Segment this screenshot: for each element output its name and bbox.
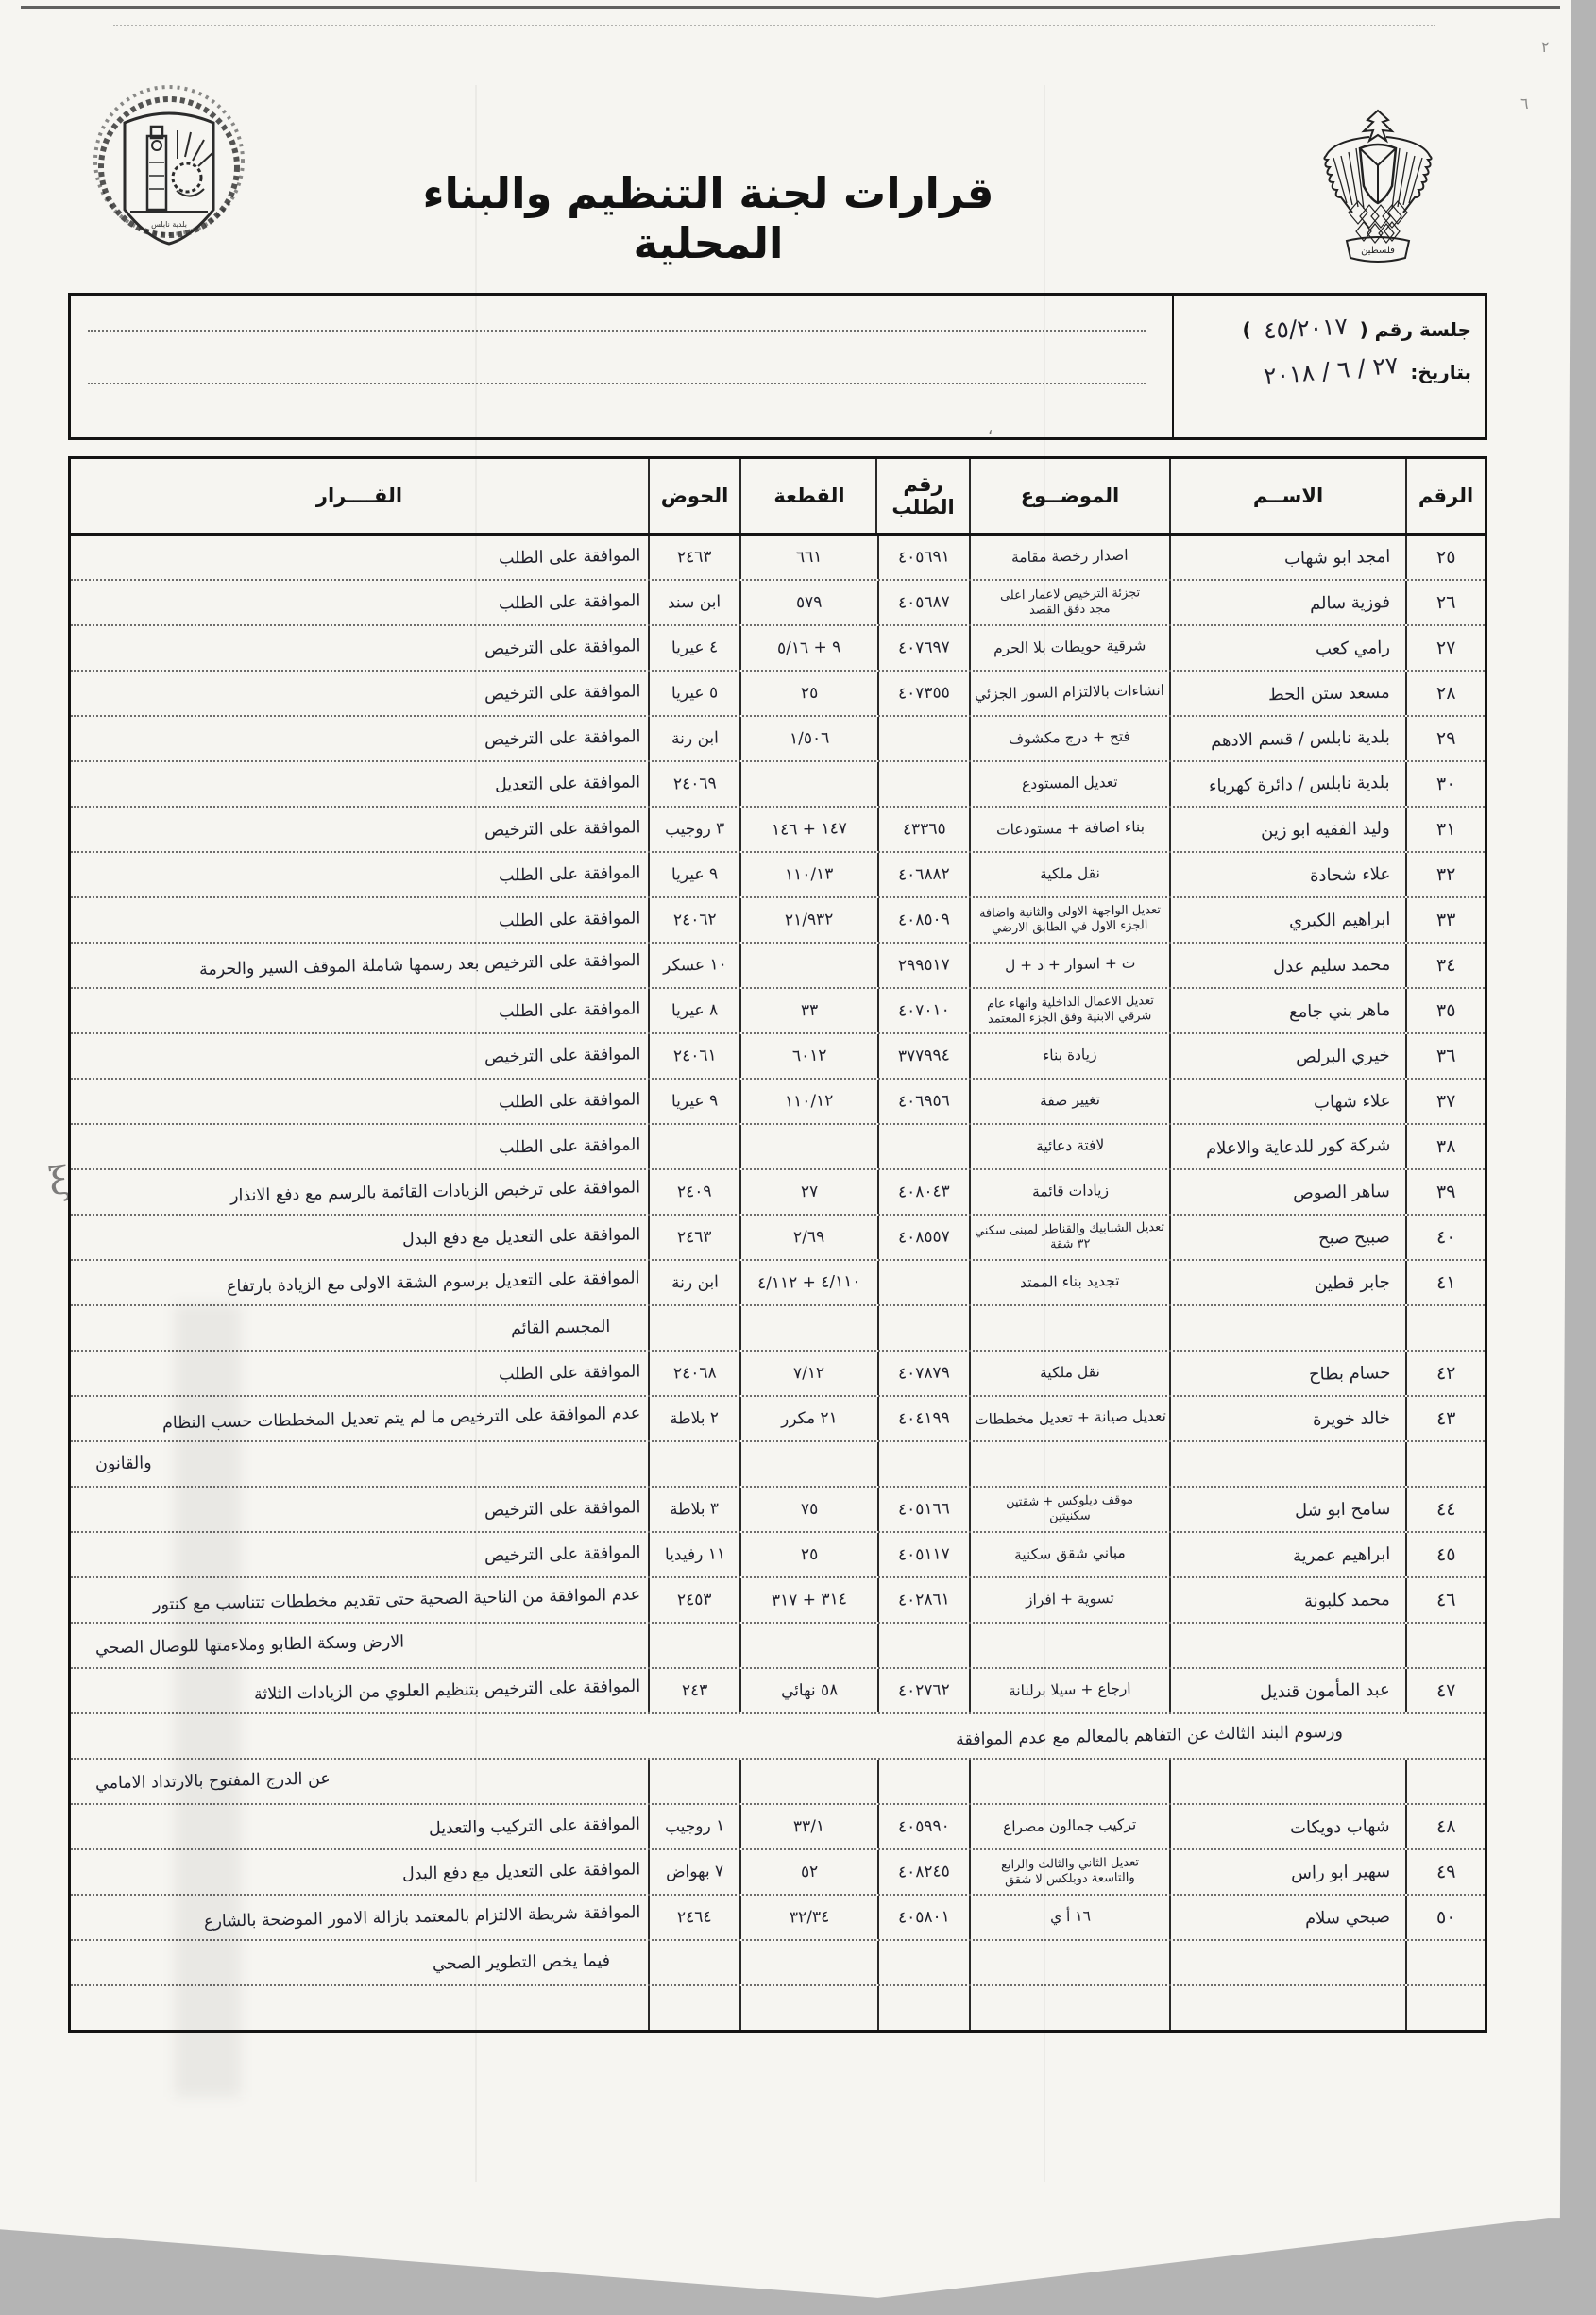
handwritten-text: امجد ابو شهاب [1284, 546, 1391, 568]
handwritten-text: ٢٤٠٦٩ [672, 775, 716, 794]
handwritten-text: الموافقة على الترخيص بعد رسمها شاملة الم… [198, 951, 640, 979]
handwritten-text: زيادات قائمة [1031, 1182, 1108, 1201]
handwritten-text: ٤٠٧٠١٠ [898, 1000, 950, 1020]
table-row: ٥٠صبحي سلام١٦ أ ي٤٠٥٨٠١٣٢/٣٤٢٤٦٤الموافقة… [71, 1896, 1485, 1941]
cell-row-number: ٤٦ [1405, 1578, 1485, 1622]
cell-basin [648, 1306, 739, 1350]
handwritten-text: ٣٧ [1436, 1091, 1456, 1112]
cell-plot: ٦٦١ [739, 536, 877, 579]
cell-request-no: ٤٠٤١٩٩ [877, 1397, 969, 1440]
cell-plot: ١١٠/١٣ [739, 853, 877, 896]
handwritten-text: الجزء الاول في الطابق الارضي [992, 918, 1148, 937]
handwritten-text: ٤٩ [1436, 1862, 1456, 1882]
cell-subject: تسوية + افراز [969, 1578, 1169, 1622]
session-number-value: ٤٥/٢٠١٧ [1263, 313, 1348, 345]
table-row: ٤٣خالد خويرةتعديل صيانة + تعديل مخططات٤٠… [71, 1397, 1485, 1442]
table-row: ٣٩ساهر الصوصزيادات قائمة٤٠٨٠٤٣٢٧٢٤٠٩المو… [71, 1170, 1485, 1216]
handwritten-text: تجديد بناء الممتد [1020, 1272, 1120, 1293]
handwritten-text: ٤١ [1436, 1272, 1456, 1293]
handwritten-text: ١ روجيب [665, 1816, 725, 1836]
table-row: ٤٢حسام بطاحنقل ملكية٤٠٧٨٧٩٧/١٢٢٤٠٦٨الموا… [71, 1352, 1485, 1397]
cell-request-no: ٤٠٨٠٤٣ [877, 1170, 969, 1214]
session-dotted-line [88, 330, 1146, 332]
cell-row-number [1405, 1624, 1485, 1667]
cell-subject [969, 1306, 1169, 1350]
handwritten-text: ورسوم البند الثالث عن التفاهم بالمعالم م… [956, 1723, 1343, 1750]
cell-request-no: ٤٠٥٦٨٧ [877, 581, 969, 624]
table-row-continuation: المجسم القائم [71, 1306, 1485, 1352]
handwritten-text: ٥٨ نهائي [781, 1680, 839, 1700]
handwritten-text: ٤٠٦٩٥٦ [898, 1091, 950, 1111]
cell-decision: الموافقة على الطلب [71, 989, 648, 1032]
handwritten-text: ٢١ مكرر [781, 1408, 838, 1428]
cell-row-number [1405, 1941, 1485, 1984]
handwritten-text: ماهر بني جامع [1289, 999, 1391, 1021]
cell-decision: الموافقة على الطلب [71, 898, 648, 942]
handwritten-text: ٣٢ [1436, 864, 1456, 885]
scanner-background-right [1556, 0, 1596, 2315]
empty-cell [969, 1986, 1169, 2030]
handwritten-text: خالد خويرة [1313, 1408, 1391, 1430]
cell-row-number: ٤٤ [1405, 1488, 1485, 1531]
handwritten-text: ت + اسوار + د + ل [1005, 955, 1136, 976]
handwritten-text: خيري البرلص [1296, 1045, 1390, 1066]
handwritten-text: الموافقة على التعديل مع دفع البدل [402, 1860, 641, 1883]
table-row-continuation: والقانون [71, 1442, 1485, 1488]
cell-row-number: ٣١ [1405, 808, 1485, 851]
cell-basin: ٢٤٠٦٢ [648, 898, 739, 942]
cell-plot: ٢٧ [739, 1170, 877, 1214]
cell-request-no [877, 1261, 969, 1304]
handwritten-text: ٢٤٠٦٢ [672, 911, 716, 930]
cell-subject: ت + اسوار + د + ل [969, 944, 1169, 987]
cell-row-number: ٤٧ [1405, 1669, 1485, 1712]
handwritten-text: ٤٣ [1436, 1408, 1456, 1429]
cell-request-no [877, 717, 969, 760]
cell-plot [739, 1941, 877, 1984]
cell-plot [739, 1442, 877, 1486]
handwritten-text: رامي كعب [1316, 638, 1390, 659]
handwritten-text: الموافقة على الطلب [499, 863, 641, 885]
cell-name [1169, 1306, 1405, 1350]
cell-row-number: ٣٤ [1405, 944, 1485, 987]
cell-subject [969, 1442, 1169, 1486]
table-empty-row [71, 1986, 1485, 2030]
handwritten-text: ٤٦ [1436, 1590, 1456, 1610]
cell-name: صبيح صبح [1169, 1216, 1405, 1259]
cell-subject: تعديل صيانة + تعديل مخططات [969, 1397, 1169, 1440]
table-row: ٣٣ابراهيم الكبريتعديل الواجهة الاولى وال… [71, 898, 1485, 944]
cell-plot: ٢١/٩٣٢ [739, 898, 877, 942]
cell-plot [739, 1624, 877, 1667]
cell-decision-continuation: فيما يخص التطوير الصحي [71, 1941, 648, 1984]
handwritten-text: ٩ + ٥/١٦ [777, 638, 841, 657]
cell-basin [648, 1442, 739, 1486]
table-row: ٤٨شهاب دويكاتتركيب جمالون مصراع٤٠٥٩٩٠٣٣/… [71, 1805, 1485, 1850]
handwritten-text: ٣٥ [1436, 1000, 1456, 1021]
cell-name: صبحي سلام [1169, 1896, 1405, 1939]
handwritten-text: ٣٩ [1436, 1182, 1456, 1202]
session-dotted-line [88, 383, 1146, 384]
cell-subject: لافتة دعائية [969, 1125, 1169, 1168]
cell-name: ابراهيم الكبري [1169, 898, 1405, 942]
handwritten-text: ٤٠٥٨٠١ [898, 1907, 950, 1927]
handwritten-text: ٩ عيريا [671, 1091, 719, 1111]
handwritten-text: ٢٥ [1436, 547, 1456, 568]
cell-name: علاء شهاب [1169, 1080, 1405, 1123]
handwritten-text: ٤٠٨٥٠٩ [898, 910, 950, 929]
handwritten-text: ٤٠٦٨٨٢ [898, 864, 950, 884]
cell-basin: ٣ روجيب [648, 808, 739, 851]
handwritten-text: ٤ عيريا [671, 638, 719, 657]
cell-row-number [1405, 1306, 1485, 1350]
cell-basin: ١ روجيب [648, 1805, 739, 1848]
cell-name [1169, 1941, 1405, 1984]
cell-name: محمد سليم عدل [1169, 944, 1405, 987]
cell-decision-continuation: المجسم القائم [71, 1306, 648, 1350]
cell-name [1169, 1624, 1405, 1667]
handwritten-text: ٢٤٠٦١ [672, 1047, 716, 1066]
handwritten-text: فتح + درج مكشوف [1009, 728, 1130, 749]
cell-basin: ٩ عيريا [648, 1080, 739, 1123]
handwritten-text: ٤٠٢٧٦٢ [898, 1680, 950, 1700]
cell-request-no [877, 1624, 969, 1667]
empty-cell [739, 1986, 877, 2030]
cell-row-number: ٢٦ [1405, 581, 1485, 624]
handwritten-text: ٤٢ [1436, 1363, 1456, 1384]
table-row: ٣٤محمد سليم عدلت + اسوار + د + ل٢٩٩٥١٧١٠… [71, 944, 1485, 989]
cell-basin: ١٠ عسكر [648, 944, 739, 987]
cell-basin [648, 1941, 739, 1984]
palestine-eagle-emblem: فلسطين [1305, 99, 1452, 278]
cell-plot [739, 1760, 877, 1803]
handwritten-text: ساهر الصوص [1293, 1181, 1390, 1202]
handwritten-text: ٥٧٩ [796, 593, 823, 613]
cell-basin [648, 1760, 739, 1803]
handwritten-text: الموافقة على الطلب [499, 591, 641, 613]
cell-decision: الموافقة على الترخيص [71, 1488, 648, 1531]
session-date-line: بتاريخ: ٢٧ / ٦ / ٢٠١٨ [1188, 357, 1471, 384]
cell-basin: ٢٤٠٩ [648, 1170, 739, 1214]
header-basin: الحوض [648, 459, 739, 533]
cell-subject: شرقية حويطات بلا الحرم [969, 626, 1169, 670]
handwritten-text: ٣ بلاطة [670, 1499, 719, 1519]
handwritten-text: الموافقة على الطلب [499, 546, 641, 568]
cell-decision: الموافقة شريطة الالتزام بالمعتمد بازالة … [71, 1896, 648, 1939]
cell-subject: تعديل الثاني والثالث والرابعوالتاسعة دوب… [969, 1850, 1169, 1894]
table-header-row: الرقم الاســم الموضــوع رقم الطلب القطعة… [71, 459, 1485, 536]
handwritten-text: ٣١ [1436, 819, 1456, 840]
cell-decision-continuation: عن الدرج المفتوح بالارتداد الامامي [71, 1760, 648, 1803]
handwritten-text: عدم الموافقة من الناحية الصحية حتى تقديم… [153, 1586, 641, 1615]
handwritten-text: وليد الفقيه ابو زين [1261, 818, 1390, 841]
table-row: ٢٥امجد ابو شهاباصدار رخصة مقامة٤٠٥٦٩١٦٦١… [71, 536, 1485, 581]
cell-subject: تركيب جمالون مصراع [969, 1805, 1169, 1848]
cell-plot: ٧٥ [739, 1488, 877, 1531]
handwritten-text: ٢٥ [801, 1545, 819, 1564]
table-row: ٤٩سهير ابو راستعديل الثاني والثالث والرا… [71, 1850, 1485, 1896]
handwritten-text: بناء اضافة + مستودعات [995, 819, 1144, 841]
cell-request-no: ٤٠٨٢٤٥ [877, 1850, 969, 1894]
cell-plot: ٣١٤ + ٣١٧ [739, 1578, 877, 1622]
cell-basin: ٧ بهواض [648, 1850, 739, 1894]
handwritten-text: ٣١٤ + ٣١٧ [772, 1590, 847, 1610]
table-row-continuation: فيما يخص التطوير الصحي [71, 1941, 1485, 1986]
handwritten-text: ٤٠٨٢٤٥ [898, 1862, 950, 1881]
handwritten-text: الموافقة على الترخيص [484, 1543, 640, 1565]
cell-plot: ٢١ مكرر [739, 1397, 877, 1440]
cell-name [1169, 1760, 1405, 1803]
empty-cell [648, 1986, 739, 2030]
handwritten-text: ٢٧ [801, 1183, 819, 1201]
cell-decision: الموافقة على التعديل مع دفع البدل [71, 1216, 648, 1259]
handwritten-text: ٤٠٥٩٩٠ [898, 1816, 950, 1836]
handwritten-text: ٢٤٥٣ [677, 1591, 712, 1610]
cell-decision: الموافقة على التعديل [71, 762, 648, 806]
cell-plot [739, 762, 877, 806]
handwritten-text: والتاسعة دوبلكس لا شقق [1005, 1871, 1135, 1889]
table-row: ٢٨مسعد ستن الحطانشاءات بالالتزام السور ا… [71, 672, 1485, 717]
handwritten-text: صبحي سلام [1305, 1907, 1390, 1929]
handwritten-text: نقل ملكية [1040, 865, 1100, 885]
cell-subject: زيادة بناء [969, 1034, 1169, 1078]
cell-name: سهير ابو راس [1169, 1850, 1405, 1894]
handwritten-text: ٣٧٧٩٩٤ [898, 1046, 950, 1065]
eagle-banner-caption: فلسطين [1361, 246, 1395, 256]
handwritten-text: ٤٣٣٦٥ [902, 820, 945, 840]
cell-basin: ٢٤٥٣ [648, 1578, 739, 1622]
empty-cell [1169, 1986, 1405, 2030]
handwritten-text: بلدية نابلس / قسم الادهم [1211, 727, 1390, 751]
handwritten-text: ٢٩٩٥١٧ [898, 955, 950, 975]
cell-basin [648, 1125, 739, 1168]
cell-decision-continuation: ورسوم البند الثالث عن التفاهم بالمعالم م… [71, 1714, 1485, 1758]
scan-top-dotted-line [113, 25, 1435, 26]
handwritten-text: ٤٠٢٨٦١ [898, 1590, 950, 1609]
cell-subject: زيادات قائمة [969, 1170, 1169, 1214]
municipality-emblem-caption: بلدية نابلس [151, 220, 187, 229]
handwritten-text: ٤٠٤١٩٩ [898, 1408, 950, 1428]
cell-basin: ٥ عيريا [648, 672, 739, 715]
handwritten-text: ٦٠١٢ [792, 1047, 827, 1066]
session-date-value: ٢٧ / ٦ / ٢٠١٨ [1263, 351, 1400, 390]
cell-name: شركة كور للدعاية والاعلام [1169, 1125, 1405, 1168]
cell-subject: موقف ديلوكس + شقتينسكنيتين [969, 1488, 1169, 1531]
table-row: ٤٧عبد المأمون قنديلارجاع + سيلا برلنانة٤… [71, 1669, 1485, 1714]
cell-name: خيري البرلص [1169, 1034, 1405, 1078]
cell-row-number: ٣٨ [1405, 1125, 1485, 1168]
handwritten-text: جابر قطين [1315, 1272, 1390, 1294]
cell-row-number: ٢٨ [1405, 672, 1485, 715]
table-row: ٣٦خيري البرلصزيادة بناء٣٧٧٩٩٤٦٠١٢٢٤٠٦١ال… [71, 1034, 1485, 1080]
handwritten-text: ٣ روجيب [665, 819, 725, 839]
handwritten-text: الموافقة شريطة الالتزام بالمعتمد بازالة … [203, 1903, 640, 1932]
handwritten-text: الموافقة على التعديل برسوم الشقة الاولى … [227, 1268, 640, 1296]
handwritten-text: ٥٢ [801, 1863, 819, 1881]
handwritten-text: تسوية + افراز [1026, 1590, 1114, 1609]
handwritten-text: ٣٠ [1436, 774, 1456, 794]
header-subject: الموضــوع [969, 459, 1169, 533]
cell-subject: تجديد بناء الممتد [969, 1261, 1169, 1304]
cell-basin: ٢٤٠٦٨ [648, 1352, 739, 1395]
handwritten-text: شرقية حويطات بلا الحرم [993, 638, 1146, 659]
handwritten-text: ٤٠٧٣٥٥ [898, 683, 950, 703]
cell-subject: تعديل الشبابيك والقناطر لمبنى سكني٣٢ شقة [969, 1216, 1169, 1259]
table-row-continuation: عن الدرج المفتوح بالارتداد الامامي [71, 1760, 1485, 1805]
handwritten-text: والقانون [95, 1454, 152, 1473]
cell-decision: الموافقة على الترخيص [71, 717, 648, 760]
cell-request-no: ٤٣٣٦٥ [877, 808, 969, 851]
table-body: ٢٥امجد ابو شهاباصدار رخصة مقامة٤٠٥٦٩١٦٦١… [71, 536, 1485, 2030]
cell-plot: ٤/١١٠ + ٤/١١٢ [739, 1261, 877, 1304]
handwritten-text: ٤٠٨٠٤٣ [898, 1182, 950, 1201]
table-row: ٢٦فوزية سالمتجزئة الترخيص لاعمار اعلىمجد… [71, 581, 1485, 626]
cell-request-no [877, 1442, 969, 1486]
handwritten-text: شركة كور للدعاية والاعلام [1205, 1134, 1390, 1158]
handwritten-text: ٦٦١ [796, 548, 823, 568]
handwritten-text: ٥ عيريا [671, 683, 719, 703]
handwritten-text: ١٤٧ + ١٤٦ [772, 819, 847, 840]
handwritten-text: ٤٤ [1436, 1499, 1456, 1520]
cell-name: وليد الفقيه ابو زين [1169, 808, 1405, 851]
cell-name: شهاب دويكات [1169, 1805, 1405, 1848]
cell-request-no [877, 1760, 969, 1803]
cell-subject: انشاءات بالالتزام السور الجزئي [969, 672, 1169, 715]
cell-basin: ابن سند [648, 581, 739, 624]
handwritten-text: ارجاع + سيلا برلنانة [1009, 1680, 1131, 1701]
cell-subject: بناء اضافة + مستودعات [969, 808, 1169, 851]
handwritten-text: ٣٣/١ [793, 1817, 825, 1837]
handwritten-text: نقل ملكية [1040, 1364, 1100, 1384]
table-row-continuation: الارض وسكة الطابو وملاءمتها للوصال الصحي [71, 1624, 1485, 1669]
handwritten-text: ابن رنة [671, 728, 718, 748]
cell-request-no: ٤٠٨٥٠٩ [877, 898, 969, 942]
cell-row-number: ٢٥ [1405, 536, 1485, 579]
cell-basin: ٢٤٦٤ [648, 1896, 739, 1939]
cell-name: فوزية سالم [1169, 581, 1405, 624]
cell-plot: ٣٣ [739, 989, 877, 1032]
cell-name: رامي كعب [1169, 626, 1405, 670]
empty-cell [1405, 1986, 1485, 2030]
handwritten-text: لافتة دعائية [1036, 1137, 1105, 1157]
handwritten-text: ١١٠/١٢ [785, 1091, 834, 1111]
cell-name: خالد خويرة [1169, 1397, 1405, 1440]
table-row: ٤٠صبيح صبحتعديل الشبابيك والقناطر لمبنى … [71, 1216, 1485, 1261]
cell-subject: تعديل الواجهة الاولى والثانية واضافةالجز… [969, 898, 1169, 942]
handwritten-text: سكنيتين [1049, 1509, 1091, 1525]
handwritten-text: الموافقة على الطلب [499, 1135, 641, 1157]
cell-name: علاء شحادة [1169, 853, 1405, 896]
cell-decision: الموافقة على الطلب [71, 1080, 648, 1123]
handwritten-text: الموافقة على الطلب [499, 1362, 641, 1384]
cell-row-number: ٤١ [1405, 1261, 1485, 1304]
scan-top-edge [21, 6, 1560, 9]
handwritten-text: تجزئة الترخيص لاعمار اعلى [1000, 586, 1140, 604]
handwritten-text: علاء شحادة [1309, 864, 1390, 886]
cell-request-no: ٤٠٢٧٦٢ [877, 1669, 969, 1712]
handwritten-text: سهير ابو راس [1291, 1861, 1391, 1882]
cell-name: عبد المأمون قنديل [1169, 1669, 1405, 1712]
handwritten-text: ٤٨ [1436, 1816, 1456, 1837]
cell-basin: ابن رنة [648, 1261, 739, 1304]
handwritten-text: ٣٦ [1436, 1046, 1456, 1066]
cell-row-number: ٤٠ [1405, 1216, 1485, 1259]
page-title: قرارات لجنة التنظيم والبناء المحلية [378, 168, 1039, 268]
handwritten-text: بلدية نابلس / دائرة كهرباء [1209, 772, 1390, 795]
cell-plot: ١٤٧ + ١٤٦ [739, 808, 877, 851]
handwritten-text: ٤٠٥٦٩١ [898, 547, 950, 567]
cell-decision: الموافقة على الترخيص [71, 1533, 648, 1576]
cell-basin: ٢٤٠٦٩ [648, 762, 739, 806]
cell-row-number: ٣٩ [1405, 1170, 1485, 1214]
handwritten-text: ٢٤٠٦٨ [672, 1364, 716, 1384]
cell-name: بلدية نابلس / قسم الادهم [1169, 717, 1405, 760]
handwritten-text: ١٦ أ ي [1049, 1908, 1090, 1927]
scanner-background-bottom [0, 2201, 1596, 2315]
cell-request-no: ٤٠٦٨٨٢ [877, 853, 969, 896]
cell-subject: تغيير صفة [969, 1080, 1169, 1123]
handwritten-text: انشاءات بالالتزام السور الجزئي [975, 682, 1164, 705]
cell-request-no: ٤٠٥٦٩١ [877, 536, 969, 579]
cell-subject: ارجاع + سيلا برلنانة [969, 1669, 1169, 1712]
table-row-continuation: ورسوم البند الثالث عن التفاهم بالمعالم م… [71, 1714, 1485, 1760]
cell-name: مسعد ستن الحط [1169, 672, 1405, 715]
handwritten-text: فيما يخص التطوير الصحي [433, 1951, 610, 1974]
handwritten-text: الموافقة على الطلب [499, 999, 641, 1021]
handwritten-text: ٢٤٣ [682, 1681, 708, 1701]
cell-request-no: ٣٧٧٩٩٤ [877, 1034, 969, 1078]
cell-subject: فتح + درج مكشوف [969, 717, 1169, 760]
cell-decision: الموافقة على الطلب [71, 853, 648, 896]
handwritten-text: فوزية سالم [1310, 592, 1390, 614]
cell-subject: نقل ملكية [969, 1352, 1169, 1395]
cell-basin: ٢٤٦٣ [648, 536, 739, 579]
pen-mark: ٦ [1520, 94, 1529, 112]
cell-decision: الموافقة على الترخيص [71, 1034, 648, 1078]
handwritten-text: ٤٠ [1436, 1227, 1456, 1248]
scanned-document-page: بلدية نابلس قرارات لجنة التنظيم والبناء … [0, 0, 1596, 2315]
handwritten-text: ١٠ عسكر [662, 955, 726, 975]
handwritten-text: ١١ رفيديا [664, 1544, 724, 1564]
cell-decision: الموافقة على الترخيص بعد رسمها شاملة الم… [71, 944, 648, 987]
handwritten-text: ابراهيم الكبري [1288, 909, 1390, 930]
cell-row-number: ٤٩ [1405, 1850, 1485, 1894]
cell-decision: الموافقة على الترخيص [71, 672, 648, 715]
handwritten-text: ٧٥ [801, 1500, 819, 1519]
handwritten-text: ٤٠٥٦٨٧ [898, 592, 950, 612]
cell-decision: الموافقة على الطلب [71, 581, 648, 624]
handwritten-text: شهاب دويكات [1290, 1815, 1390, 1837]
cell-row-number: ٣٧ [1405, 1080, 1485, 1123]
pen-mark: ٢ [1541, 38, 1550, 56]
cell-subject [969, 1941, 1169, 1984]
cell-decision: الموافقة على التركيب والتعديل [71, 1805, 648, 1848]
cell-decision: الموافقة على الطلب [71, 536, 648, 579]
handwritten-text: ابن سند [668, 592, 722, 612]
cell-request-no [877, 1941, 969, 1984]
header-name: الاســم [1169, 459, 1405, 533]
handwritten-text: محمد سليم عدل [1273, 954, 1391, 977]
handwritten-text: موقف ديلوكس + شقتين [1006, 1492, 1133, 1510]
cell-request-no: ٤٠٥٨٠١ [877, 1896, 969, 1939]
cell-decision: الموافقة على التعديل برسوم الشقة الاولى … [71, 1261, 648, 1304]
cell-decision-continuation: الارض وسكة الطابو وملاءمتها للوصال الصحي [71, 1624, 648, 1667]
handwritten-text: تركيب جمالون مصراع [1003, 1816, 1137, 1837]
cell-request-no: ٤٠٥١١٧ [877, 1533, 969, 1576]
cell-request-no: ٤٠٧٨٧٩ [877, 1352, 969, 1395]
cell-plot: ٢٥ [739, 1533, 877, 1576]
cell-plot [739, 1306, 877, 1350]
